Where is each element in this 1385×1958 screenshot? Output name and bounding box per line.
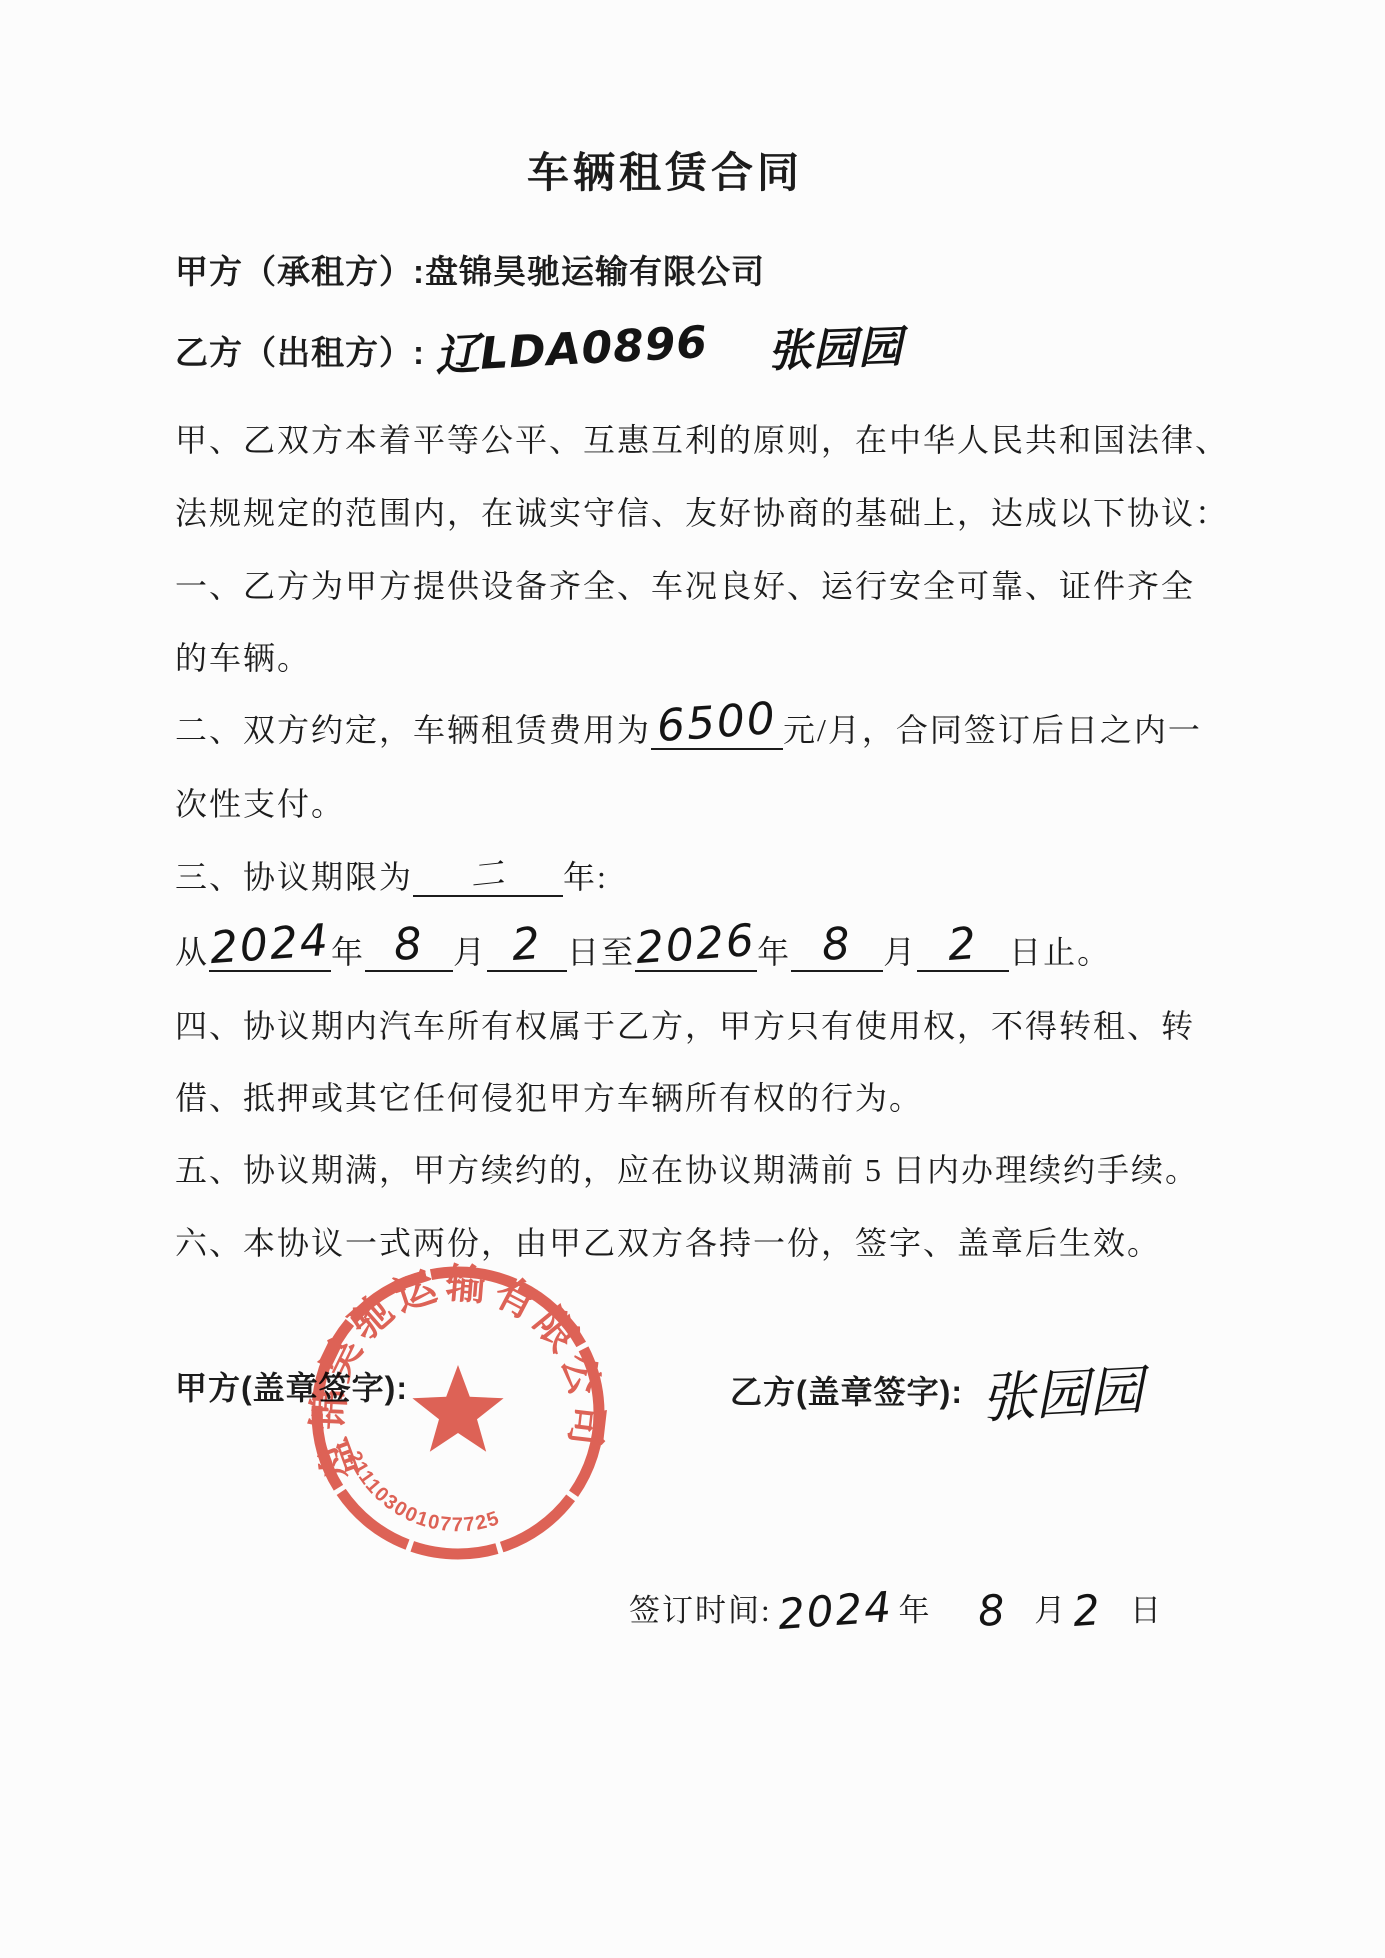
start-year-blank: 2024 (209, 932, 331, 972)
clause-2-prefix: 二、双方约定，车辆租赁费用为 (175, 712, 651, 748)
fee-blank: 6500 (651, 710, 783, 750)
sign-month-handwriting: 8 (977, 1595, 1008, 1627)
party-a-value: 盘锦昊驰运输有限公司 (425, 253, 765, 290)
sign-date-row: 签订时间:2024年8月2日 (629, 1585, 1163, 1630)
end-year-handwriting: 2026 (635, 926, 757, 964)
sign-year-handwriting: 2024 (777, 1592, 894, 1630)
company-seal: 盘锦昊驰运输有限公司 211103001077725 (298, 1248, 618, 1578)
clause-3-suffix: 年: (563, 859, 608, 895)
term-handwriting: 二 (469, 858, 508, 892)
clause-4-line-1: 四、协议期内汽车所有权属于乙方，甲方只有使用权，不得转租、转 (175, 1006, 1195, 1046)
duration-end: 日止。 (1009, 934, 1111, 970)
clause-2-suffix: 元/月，合同签订后日之内一 (783, 712, 1202, 748)
party-b-sign-label: 乙方(盖章签字): (730, 1374, 963, 1410)
start-day-handwriting: 2 (511, 929, 543, 961)
party-a-line: 甲方（承租方）:盘锦昊驰运输有限公司 (175, 252, 765, 292)
preamble-line-2: 法规规定的范围内，在诚实守信、友好协商的基础上，达成以下协议： (175, 493, 1229, 533)
clause-2-line-2: 次性支付。 (175, 784, 345, 824)
sign-day-char: 日 (1130, 1593, 1163, 1628)
end-month-blank: 8 (791, 932, 883, 972)
fee-handwriting: 6500 (656, 704, 778, 742)
start-month-blank: 8 (365, 932, 453, 972)
party-b-signature-handwriting: 张园园 (979, 1348, 1145, 1433)
start-year-char: 年 (331, 934, 365, 970)
clause-3-line: 三、协议期限为二年: (175, 857, 608, 897)
duration-from: 从 (175, 934, 209, 970)
party-b-signature-row: 乙方(盖章签字):张园园 (730, 1352, 1143, 1429)
clause-1-line-1: 一、乙方为甲方提供设备齐全、车况良好、运行安全可靠、证件齐全 (175, 566, 1195, 606)
end-day-handwriting: 2 (947, 929, 979, 961)
start-year-handwriting: 2024 (209, 926, 331, 964)
end-year-char: 年 (757, 934, 791, 970)
term-blank: 二 (413, 857, 563, 897)
clause-3-prefix: 三、协议期限为 (175, 859, 413, 895)
duration-to: 日至 (567, 934, 635, 970)
preamble-line-1: 甲、乙双方本着平等公平、互惠互利的原则，在中华人民共和国法律、 (175, 420, 1229, 460)
end-month-handwriting: 8 (821, 929, 853, 961)
sign-year-char: 年 (899, 1593, 932, 1628)
end-day-blank: 2 (917, 932, 1009, 972)
party-a-label: 甲方（承租方）: (175, 253, 425, 290)
start-month-char: 月 (453, 934, 487, 970)
clause-1-line-2: 的车辆。 (175, 638, 311, 678)
clause-2-line-1: 二、双方约定，车辆租赁费用为6500元/月，合同签订后日之内一 (175, 710, 1202, 750)
sign-time-label: 签订时间: (629, 1593, 772, 1628)
party-b-line: 乙方（出租方）:辽LDA0896张园园 (175, 330, 903, 373)
party-b-label: 乙方（出租方）: (175, 334, 425, 371)
clause-4-line-2: 借、抵押或其它任何侵犯甲方车辆所有权的行为。 (175, 1078, 923, 1118)
page-title: 车辆租赁合同 (0, 140, 1330, 200)
party-b-name-handwriting: 张园园 (767, 328, 903, 373)
end-year-blank: 2026 (635, 932, 757, 972)
start-month-handwriting: 8 (393, 929, 425, 961)
duration-line: 从2024年8月2日至2026年8月2日止。 (175, 932, 1111, 972)
start-day-blank: 2 (487, 932, 567, 972)
seal-star-icon (412, 1365, 503, 1452)
sign-month-char: 月 (1034, 1593, 1067, 1628)
clause-5-line: 五、协议期满，甲方续约的，应在协议期满前 5 日内办理续约手续。 (175, 1150, 1199, 1190)
party-b-plate-handwriting: 辽LDA0896 (434, 323, 709, 377)
sign-day-handwriting: 2 (1072, 1595, 1103, 1627)
end-month-char: 月 (883, 934, 917, 970)
contract-page: 车辆租赁合同 甲方（承租方）:盘锦昊驰运输有限公司 乙方（出租方）:辽LDA08… (0, 0, 1385, 1958)
